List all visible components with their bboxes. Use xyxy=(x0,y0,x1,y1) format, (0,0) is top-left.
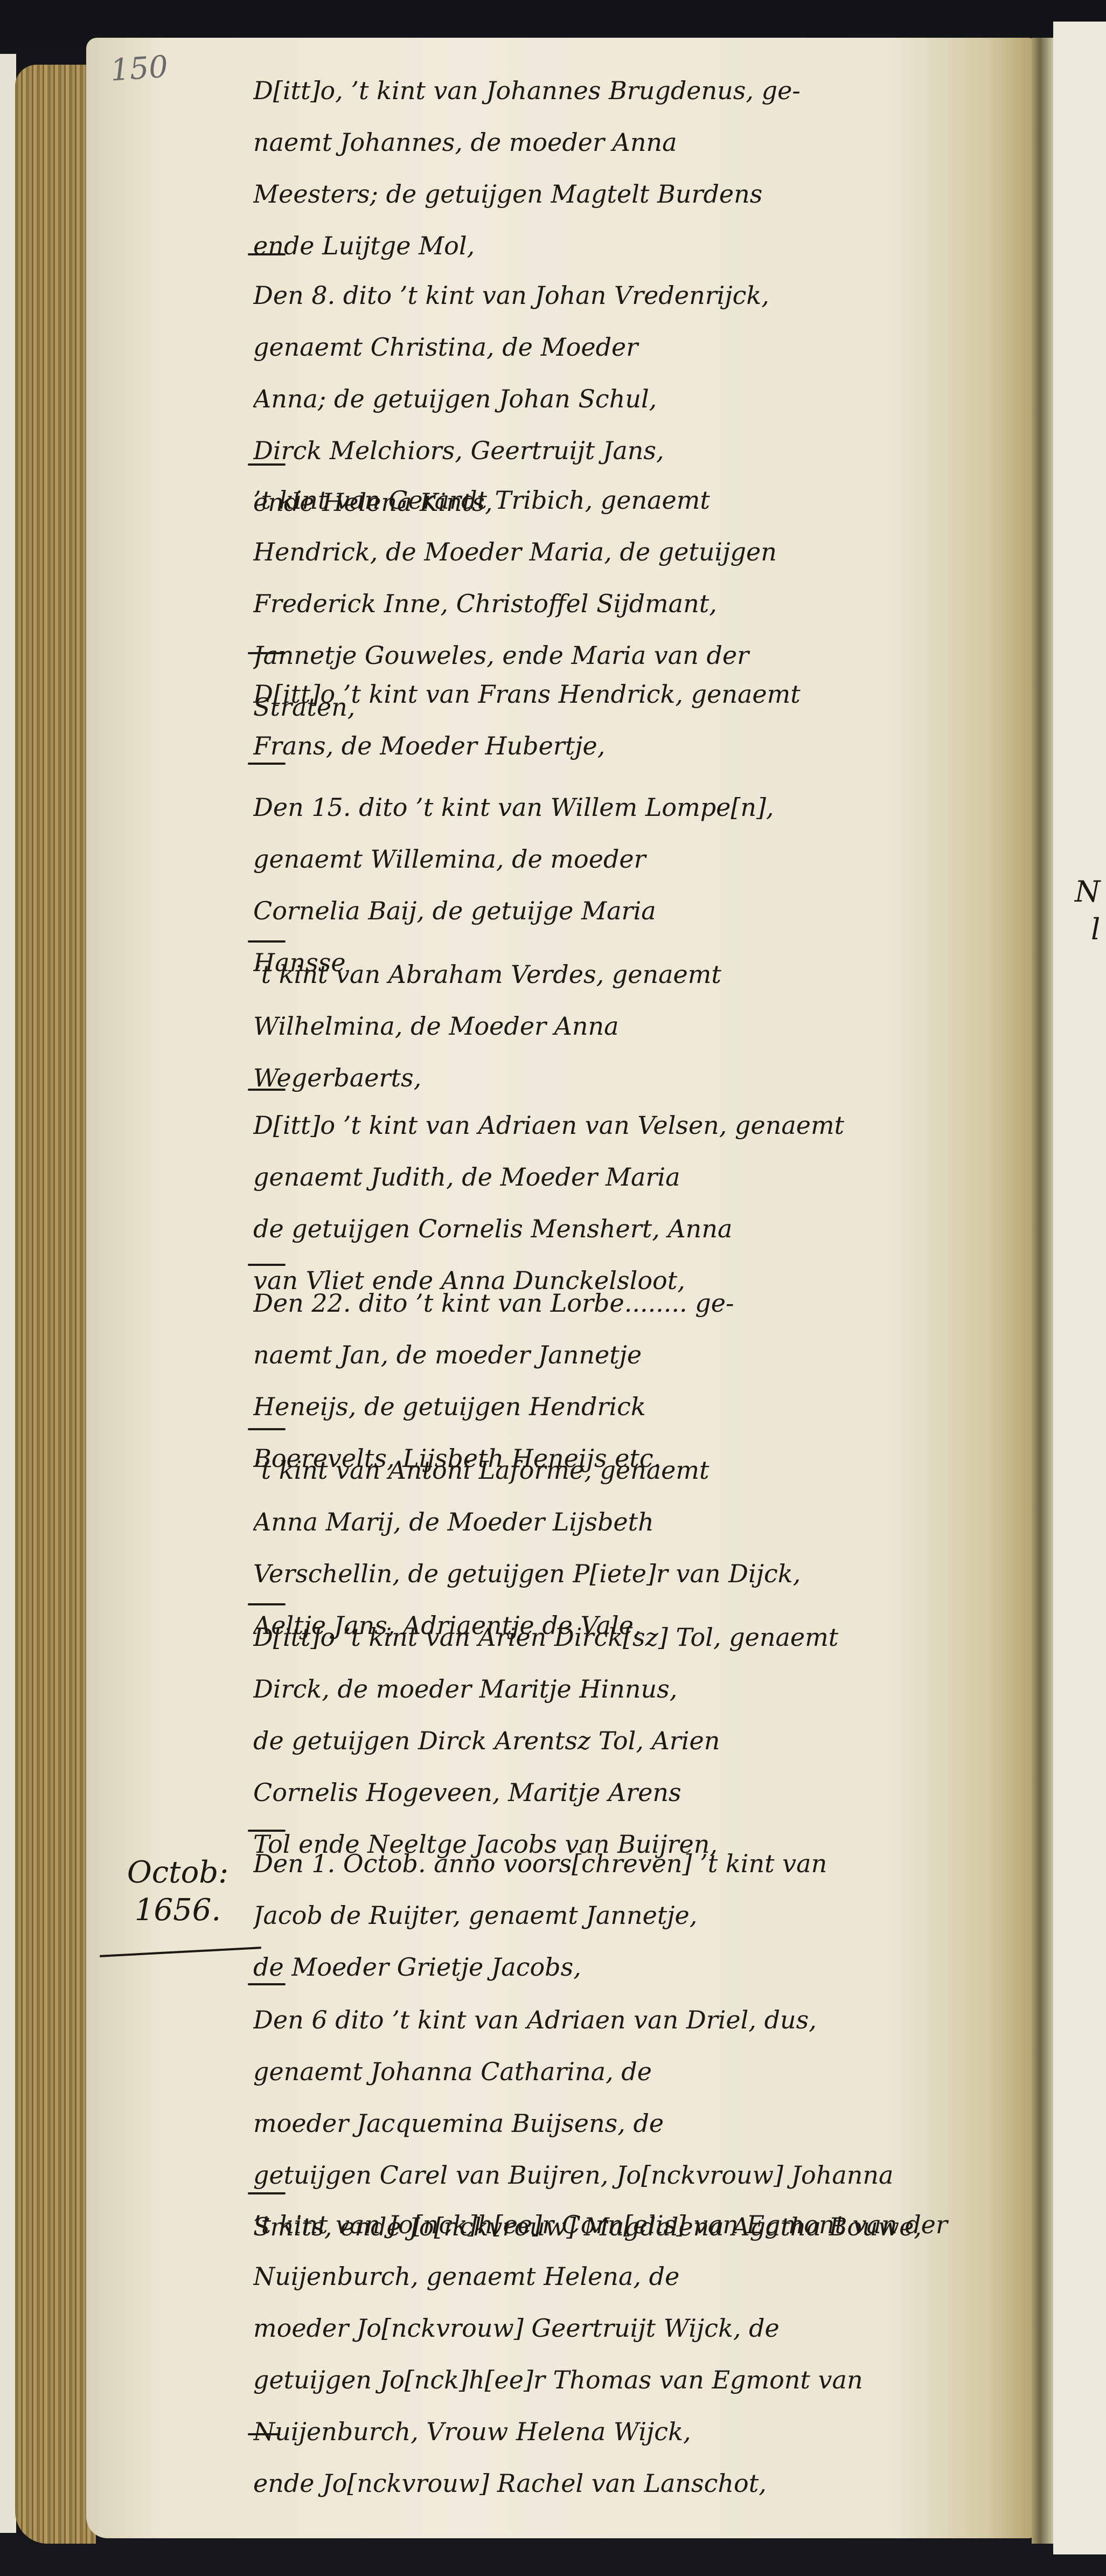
entry-separator xyxy=(248,763,286,765)
book-board-edge xyxy=(0,54,16,2533)
entry-line: Den 6 dito ’t kint van Adriaen van Driel… xyxy=(253,1994,1024,2046)
facing-page-fragment xyxy=(1053,22,1106,2554)
entry-line: genaemt Christina, de Moeder xyxy=(253,321,1024,373)
margin-year: 1656. xyxy=(97,1892,259,1929)
margin-month: Octob: xyxy=(97,1854,259,1892)
dark-background-bottom xyxy=(0,2533,1106,2576)
book-gutter xyxy=(1032,38,1053,2544)
entry-separator xyxy=(248,1603,286,1605)
register-entry: ’t kint van Abraham Verdes, genaemt Wilh… xyxy=(253,948,1024,1104)
entry-separator xyxy=(248,1983,286,1985)
entry-line: de getuijgen Dirck Arentsz Tol, Arien xyxy=(253,1715,1024,1767)
entry-line: Anna; de getuijgen Johan Schul, xyxy=(253,373,1024,425)
entry-line: Nuijenburch, Vrouw Helena Wijck, xyxy=(253,2406,1024,2457)
entry-line: moeder Jacquemina Buijsens, de xyxy=(253,2097,1024,2149)
entry-separator xyxy=(248,940,286,943)
entry-line: Wegerbaerts, xyxy=(253,1052,1024,1104)
entry-line: de getuijgen Cornelis Menshert, Anna xyxy=(253,1203,1024,1255)
register-entry: Den 1. Octob. anno voors[chreven] ’t kin… xyxy=(253,1838,1024,1993)
entry-line: Verschellin, de getuijgen P[iete]r van D… xyxy=(253,1548,1024,1599)
entry-line: ’t kint van Gerardt Tribich, genaemt xyxy=(253,474,1024,526)
entry-separator xyxy=(248,652,286,654)
facing-page-letter: l xyxy=(1075,911,1100,948)
entry-line: D[itt]o ’t kint van Frans Hendrick, gena… xyxy=(253,668,1024,720)
entry-line: Wilhelmina, de Moeder Anna xyxy=(253,1000,1024,1052)
register-entry: D[itt]o ’t kint van Arien Dirck[sz] Tol,… xyxy=(253,1611,1024,1870)
entry-line: Dirck Melchiors, Geertruijt Jans, xyxy=(253,425,1024,476)
entry-line: Nuijenburch, genaemt Helena, de xyxy=(253,2250,1024,2302)
page-number: 150 xyxy=(109,49,169,88)
entry-separator xyxy=(248,2192,286,2194)
entry-line: moeder Jo[nckvrouw] Geertruijt Wijck, de xyxy=(253,2302,1024,2354)
register-entry: D[itt]o ’t kint van Adriaen van Velsen, … xyxy=(253,1099,1024,1306)
entry-separator xyxy=(248,1830,286,1832)
entry-separator xyxy=(248,1428,286,1430)
entry-line: naemt Jan, de moeder Jannetje xyxy=(253,1329,1024,1381)
entry-separator xyxy=(248,1089,286,1091)
entry-line: Cornelia Baij, de getuijge Maria xyxy=(253,885,1024,937)
entry-line: getuijgen Carel van Buijren, Jo[nckvrouw… xyxy=(253,2149,1024,2201)
entry-line: D[itt]o, ’t kint van Johannes Brugdenus,… xyxy=(253,65,1024,116)
facing-page-text: N l xyxy=(1075,873,1100,948)
entry-line: Den 1. Octob. anno voors[chreven] ’t kin… xyxy=(253,1838,1024,1889)
entry-line: ’t kint van Jo[nck]h[ee]r Corn[elis] van… xyxy=(253,2199,1024,2250)
register-entry: D[itt]o, ’t kint van Johannes Brugdenus,… xyxy=(253,65,1024,272)
entry-line: Cornelis Hogeveen, Maritje Arens xyxy=(253,1767,1024,1818)
register-entry: D[itt]o ’t kint van Frans Hendrick, gena… xyxy=(253,668,1024,772)
entry-line: Jacob de Ruijter, genaemt Jannetje, xyxy=(253,1889,1024,1941)
entry-line: Meesters; de getuijgen Magtelt Burdens xyxy=(253,168,1024,220)
entry-line: Frans, de Moeder Hubertje, xyxy=(253,720,1024,772)
entry-line: Heneijs, de getuijgen Hendrick xyxy=(253,1381,1024,1432)
entry-line: ende Jo[nckvrouw] Rachel van Lanschot, xyxy=(253,2457,1024,2509)
entry-line: Dirck, de moeder Maritje Hinnus, xyxy=(253,1663,1024,1715)
margin-date-note: Octob: 1656. xyxy=(97,1854,259,1929)
entry-separator xyxy=(248,463,286,466)
entry-line: genaemt Johanna Catharina, de xyxy=(253,2046,1024,2097)
entry-line: genaemt Willemina, de moeder xyxy=(253,833,1024,885)
entry-line: ’t kint van Antoni Laforme, genaemt xyxy=(253,1444,1024,1496)
entry-line: D[itt]o ’t kint van Adriaen van Velsen, … xyxy=(253,1099,1024,1151)
entry-separator xyxy=(248,2433,280,2435)
entry-line: getuijgen Jo[nck]h[ee]r Thomas van Egmon… xyxy=(253,2354,1024,2406)
entry-line: genaemt Judith, de Moeder Maria xyxy=(253,1151,1024,1203)
entry-line: Den 22. dito ’t kint van Lorbe........ g… xyxy=(253,1277,1024,1329)
entry-separator xyxy=(248,253,286,255)
register-entry: ’t kint van Jo[nck]h[ee]r Corn[elis] van… xyxy=(253,2199,1024,2509)
entry-line: Hendrick, de Moeder Maria, de getuijgen xyxy=(253,526,1024,578)
entry-line: Frederick Inne, Christoffel Sijdmant, xyxy=(253,578,1024,629)
entry-line: de Moeder Grietje Jacobs, xyxy=(253,1941,1024,1993)
entry-line: Den 15. dito ’t kint van Willem Lompe[n]… xyxy=(253,781,1024,833)
entry-line: naemt Johannes, de moeder Anna xyxy=(253,116,1024,168)
entry-separator xyxy=(248,1264,286,1266)
entry-line: Anna Marij, de Moeder Lijsbeth xyxy=(253,1496,1024,1548)
entry-line: D[itt]o ’t kint van Arien Dirck[sz] Tol,… xyxy=(253,1611,1024,1663)
entry-line: Den 8. dito ’t kint van Johan Vredenrijc… xyxy=(253,269,1024,321)
page-stack-edges xyxy=(15,65,96,2544)
facing-page-letter: N xyxy=(1075,873,1100,911)
entry-line: ende Luijtge Mol, xyxy=(253,220,1024,272)
entry-line: ’t kint van Abraham Verdes, genaemt xyxy=(253,948,1024,1000)
